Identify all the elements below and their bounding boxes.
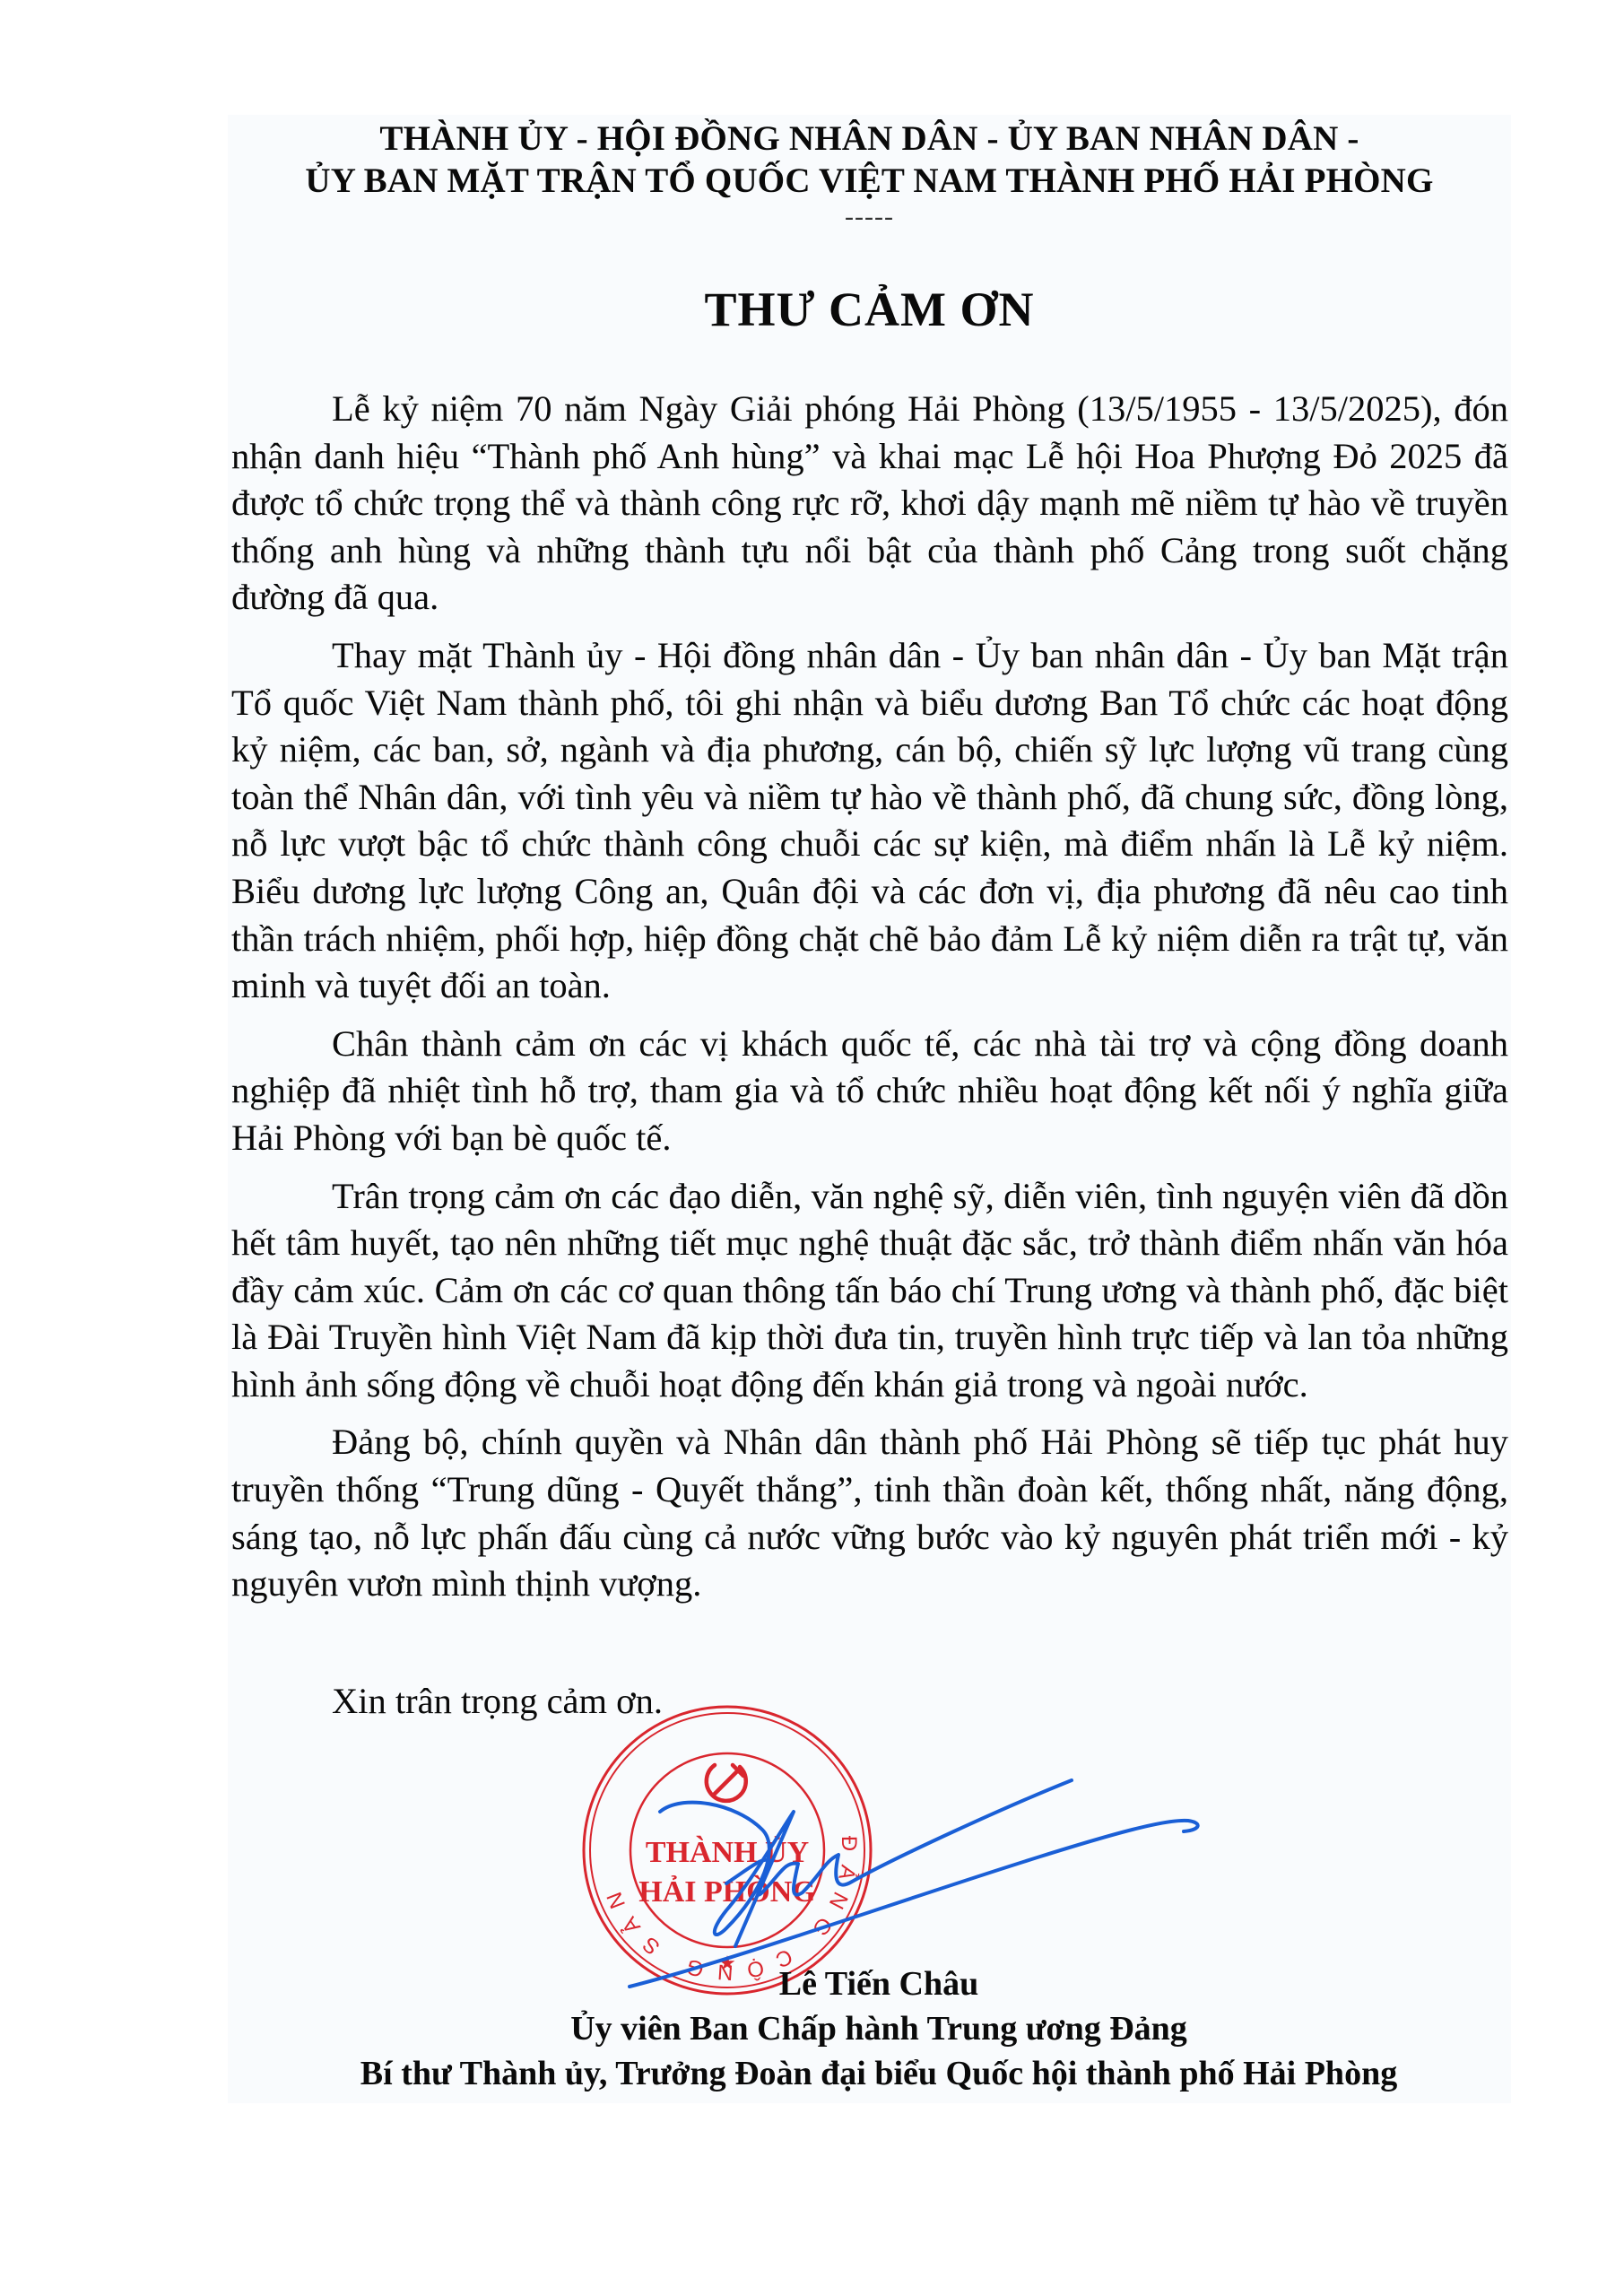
paragraph-4: Trân trọng cảm ơn các đạo diễn, văn nghệ… bbox=[231, 1173, 1508, 1409]
header-separator: ----- bbox=[228, 201, 1511, 233]
paragraph-2: Thay mặt Thành ủy - Hội đồng nhân dân - … bbox=[231, 632, 1508, 1010]
signer-role-1: Ủy viên Ban Chấp hành Trung ương Đảng bbox=[228, 2008, 1530, 2049]
signer-role-2: Bí thư Thành ủy, Trưởng Đoàn đại biểu Qu… bbox=[228, 2053, 1530, 2094]
issuer-header-line-1: THÀNH ỦY - HỘI ĐỒNG NHÂN DÂN - ỦY BAN NH… bbox=[228, 117, 1511, 160]
paragraph-1: Lễ kỷ niệm 70 năm Ngày Giải phóng Hải Ph… bbox=[231, 386, 1508, 622]
paragraph-3: Chân thành cảm ơn các vị khách quốc tế, … bbox=[231, 1021, 1508, 1162]
paragraph-5: Đảng bộ, chính quyền và Nhân dân thành p… bbox=[231, 1419, 1508, 1607]
issuer-header-line-2: ỦY BAN MẶT TRẬN TỔ QUỐC VIỆT NAM THÀNH P… bbox=[228, 160, 1511, 202]
letter-body: Lễ kỷ niệm 70 năm Ngày Giải phóng Hải Ph… bbox=[231, 386, 1508, 1619]
signer-name: Lê Tiến Châu bbox=[228, 1963, 1530, 2005]
letter-title: THƯ CẢM ƠN bbox=[228, 281, 1511, 338]
